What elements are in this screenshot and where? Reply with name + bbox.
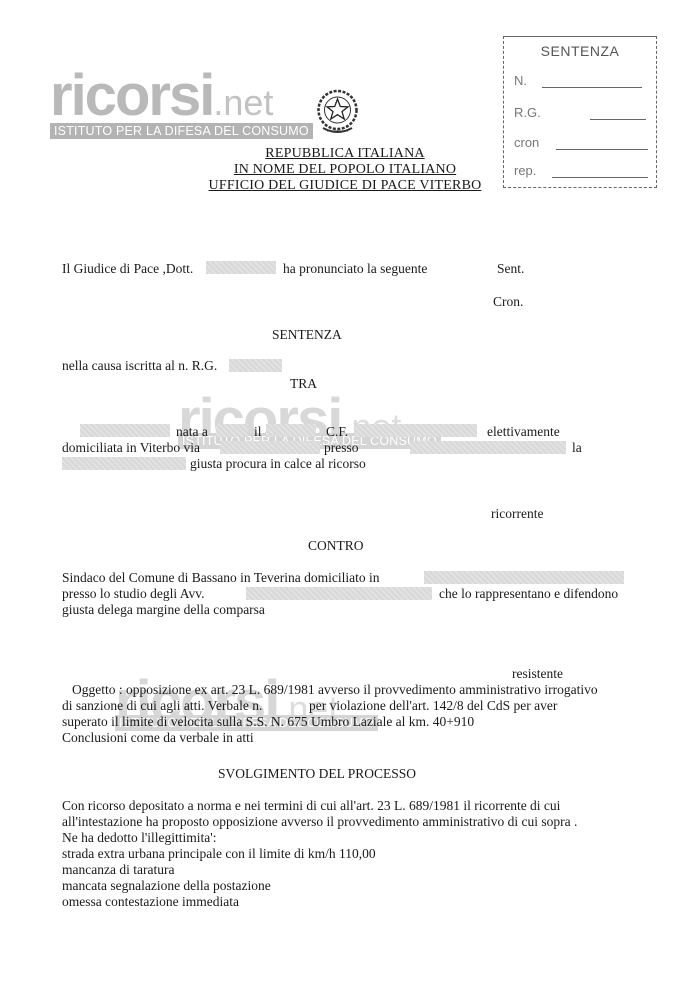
oggetto-line2-prefix: di sanzione di cui agli atti. Verbale n. bbox=[62, 698, 262, 713]
svolgimento-line: strada extra urbana principale con il li… bbox=[62, 846, 376, 861]
redacted-domicile bbox=[424, 571, 624, 584]
judge-suffix: ha pronunciato la seguente bbox=[283, 261, 427, 276]
redacted-rg-number bbox=[229, 359, 282, 372]
resistente-role: resistente bbox=[512, 666, 563, 681]
stamp-field-rg: R.G. bbox=[514, 105, 541, 120]
redacted-lawyers bbox=[246, 587, 432, 600]
svolgimento-line: Con ricorso depositato a norma e nei ter… bbox=[62, 798, 560, 813]
la-label: la bbox=[572, 440, 582, 455]
svolgimento-line: mancata segnalazione della postazione bbox=[62, 878, 271, 893]
redacted-judge-name bbox=[206, 261, 276, 274]
cron-label: Cron. bbox=[493, 294, 523, 309]
domiciliata-label: domiciliata in Viterbo via bbox=[62, 440, 200, 455]
redacted-street bbox=[220, 441, 320, 454]
redacted-lawyer bbox=[62, 457, 186, 470]
watermark-brand-suffix: .net bbox=[213, 82, 273, 123]
il-label: il bbox=[254, 424, 262, 439]
procura-text: giusta procura in calce al ricorso bbox=[190, 456, 366, 471]
rg-label: nella causa iscritta al n. R.G. bbox=[62, 358, 217, 373]
oggetto-line1: Oggetto : opposizione ex art. 23 L. 689/… bbox=[72, 682, 598, 697]
ricorrente-role: ricorrente bbox=[491, 506, 543, 521]
oggetto-line3: superato il limite di velocita sulla S.S… bbox=[62, 714, 474, 729]
rappresentano-text: che lo rappresentano e difendono bbox=[439, 586, 618, 601]
emblem-italian-republic-icon bbox=[315, 86, 360, 138]
sent-label: Sent. bbox=[497, 261, 524, 276]
header-people: IN NOME DEL POPOLO ITALIANO bbox=[135, 162, 555, 178]
redacted-birthdate bbox=[266, 424, 316, 437]
presso-label: presso bbox=[324, 440, 359, 455]
stamp-field-n: N. bbox=[514, 73, 527, 88]
svolgimento-title: SVOLGIMENTO DEL PROCESSO bbox=[218, 766, 416, 781]
oggetto-line2-suffix: per violazione dell'art. 142/8 del CdS p… bbox=[309, 698, 557, 713]
nata-a-label: nata a bbox=[176, 424, 208, 439]
watermark-brand: ricorsi bbox=[50, 63, 213, 128]
sentenza-title: SENTENZA bbox=[272, 327, 342, 342]
sindaco-text: Sindaco del Comune di Bassano in Teverin… bbox=[62, 570, 380, 585]
header-republic: REPUBBLICA ITALIANA bbox=[135, 146, 555, 162]
watermark-tagline: ISTITUTO PER LA DIFESA DEL CONSUMO bbox=[50, 123, 313, 139]
studio-text: presso lo studio degli Avv. bbox=[62, 586, 205, 601]
redacted-birthplace bbox=[216, 424, 248, 437]
delega-text: giusta delega margine della comparsa bbox=[62, 602, 265, 617]
redacted-ricorrente-name bbox=[80, 424, 170, 437]
conclusioni-text: Conclusioni come da verbale in atti bbox=[62, 730, 254, 745]
elettivamente-label: elettivamente bbox=[487, 424, 560, 439]
judge-prefix: Il Giudice di Pace ,Dott. bbox=[62, 261, 193, 276]
redacted-presso bbox=[410, 441, 566, 454]
svolgimento-line: all'intestazione ha proposto opposizione… bbox=[62, 814, 577, 829]
svolgimento-line: omessa contestazione immediata bbox=[62, 894, 239, 909]
redacted-cf bbox=[355, 424, 477, 437]
header-office: UFFICIO DEL GIUDICE DI PACE VITERBO bbox=[135, 178, 555, 194]
svolgimento-line: Ne ha dedotto l'illegittimita': bbox=[62, 830, 216, 845]
contro-label: CONTRO bbox=[308, 538, 364, 553]
stamp-title: SENTENZA bbox=[504, 43, 656, 59]
cf-label: C.F. bbox=[326, 424, 348, 439]
svolgimento-line: mancanza di taratura bbox=[62, 862, 174, 877]
watermark-logo: ricorsi.net ISTITUTO PER LA DIFESA DEL C… bbox=[50, 70, 313, 140]
